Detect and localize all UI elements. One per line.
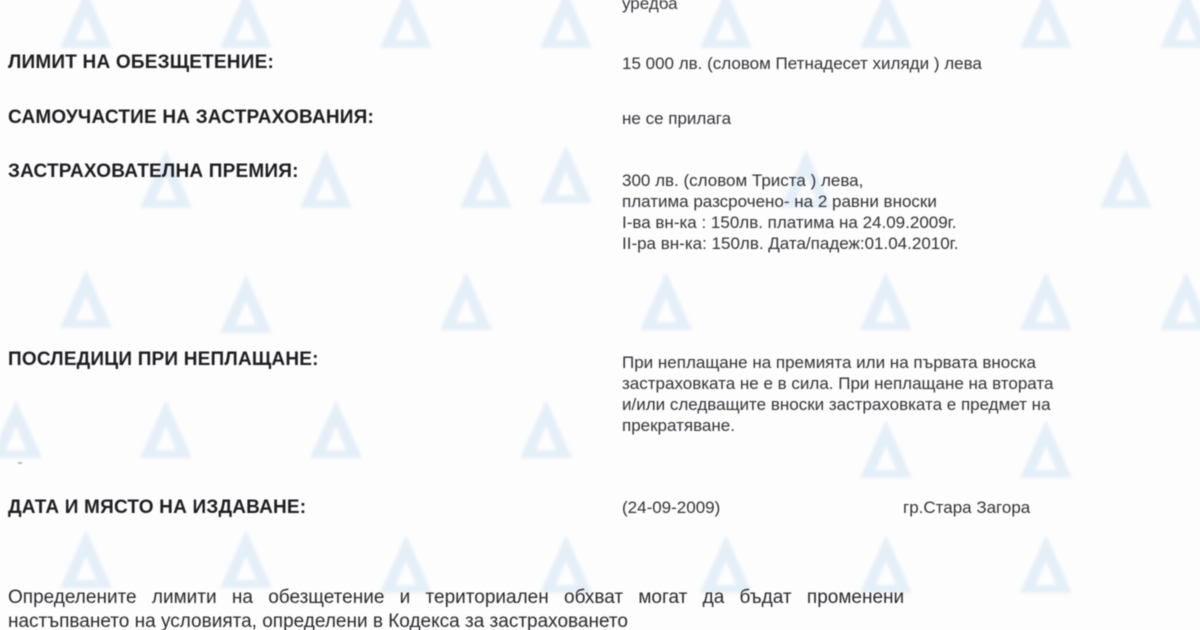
label-insurance-premium: ЗАСТРАХОВАТЕЛНА ПРЕМИЯ: <box>8 161 299 183</box>
value-line: прекратяване. <box>622 415 1053 436</box>
footer-line: Определените лимити на обезщетение и тер… <box>8 586 1200 610</box>
value-line: 300 лв. (словом Триста ) лева, <box>622 170 959 191</box>
value-line: I-ва вн-ка : 150лв. платима на 24.09.200… <box>622 212 959 233</box>
value-deductible: не се прилага <box>622 108 731 129</box>
value-line: застраховката не е в сила. При неплащане… <box>622 373 1053 394</box>
footer-line: настъпването на условията, определени в … <box>8 610 1200 630</box>
value-line: При неплащане на премията или на първата… <box>622 352 1053 373</box>
value-insurance-premium: 300 лв. (словом Триста ) лева, платима р… <box>622 170 959 254</box>
value-line: 15 000 лв. (словом Петнадесет хиляди ) л… <box>622 53 982 74</box>
value-issue-date: (24-09-2009) <box>622 497 720 518</box>
scan-speck <box>18 462 22 464</box>
value-line: не се прилага <box>622 108 731 129</box>
label-compensation-limit: ЛИМИТ НА ОБЕЗЩЕТЕНИЕ: <box>8 52 274 74</box>
value-line: и/или следващите вноски застраховката е … <box>622 394 1053 415</box>
value-compensation-limit: 15 000 лв. (словом Петнадесет хиляди ) л… <box>622 53 982 74</box>
label-deductible: САМОУЧАСТИЕ НА ЗАСТРАХОВАНИЯ: <box>8 107 374 129</box>
label-non-payment-consequences: ПОСЛЕДИЦИ ПРИ НЕПЛАЩАНЕ: <box>8 349 319 371</box>
insurance-policy-document: уредба ЛИМИТ НА ОБЕЗЩЕТЕНИЕ: 15 000 лв. … <box>0 0 1200 630</box>
value-line: II-ра вн-ка: 150лв. Дата/падеж:01.04.201… <box>622 233 959 254</box>
cut-off-text-fragment: уредба <box>622 0 678 14</box>
value-non-payment-consequences: При неплащане на премията или на първата… <box>622 352 1053 436</box>
value-line: платима разсрочено- на 2 равни вноски <box>622 191 959 212</box>
label-issue-date-place: ДАТА И МЯСТО НА ИЗДАВАНЕ: <box>8 497 306 519</box>
value-issue-place: гр.Стара Загора <box>903 497 1030 518</box>
footer-note: Определените лимити на обезщетение и тер… <box>8 586 1200 630</box>
